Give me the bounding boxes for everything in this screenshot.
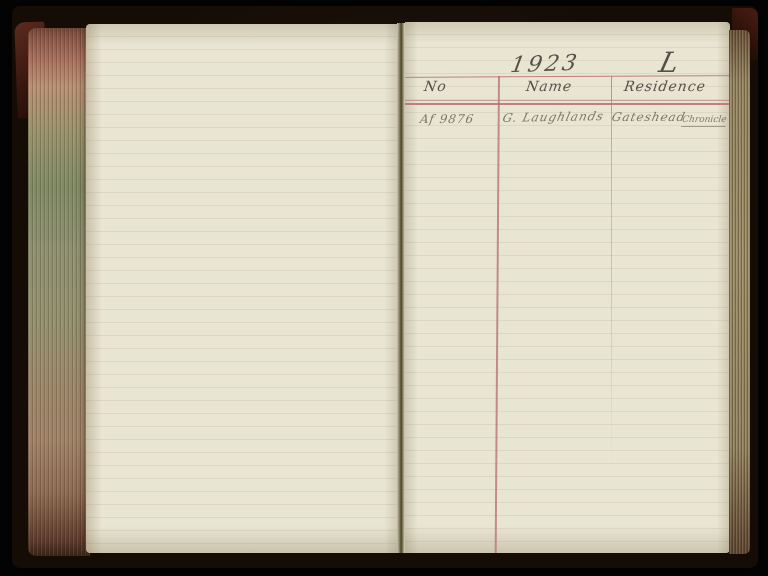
header-rule-bottom-lower	[405, 103, 730, 105]
column-header-no: No	[423, 79, 448, 95]
entry-row-name: G. Laughlands	[501, 109, 605, 125]
year-heading: 1923	[503, 51, 588, 79]
entry-row-annotation: Chronicle	[681, 115, 727, 127]
index-letter: L	[656, 46, 684, 79]
page-edge-stack-left	[28, 28, 90, 556]
right-page: 1923 L No Name Residence Af 9876 G. Laug…	[405, 22, 730, 553]
entry-row-residence: Gateshead	[611, 110, 687, 124]
book-gutter	[397, 23, 405, 553]
column-header-name: Name	[525, 79, 573, 95]
left-page-blank	[86, 24, 397, 553]
entry-row-no: Af 9876	[419, 112, 475, 126]
header-rule-bottom-upper	[405, 100, 730, 101]
photo-backdrop: 1923 L No Name Residence Af 9876 G. Laug…	[0, 0, 768, 576]
column-divider-no-name	[495, 76, 500, 553]
column-header-residence: Residence	[623, 79, 707, 95]
header-rule-top	[405, 75, 730, 78]
fore-edge-right	[729, 30, 750, 554]
column-divider-name-residence	[611, 76, 612, 471]
